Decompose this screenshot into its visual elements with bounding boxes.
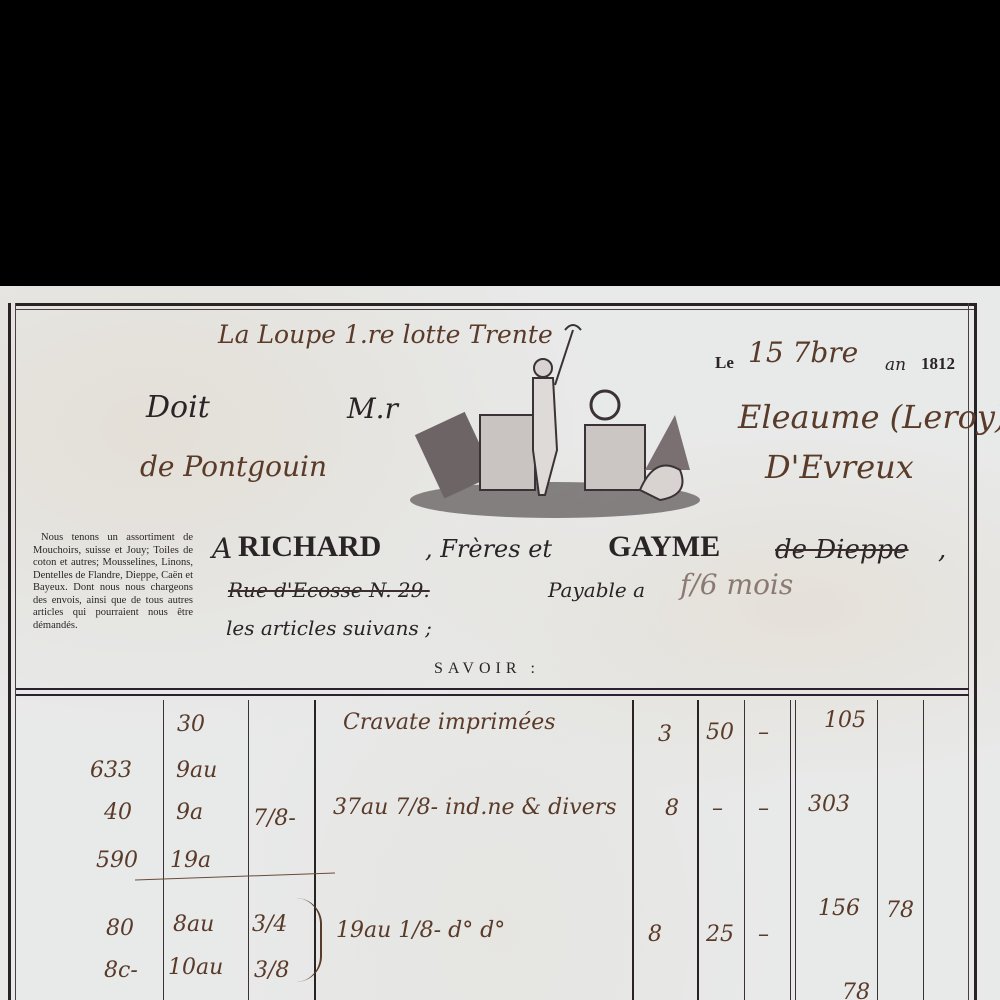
row-width: 7/8-: [253, 806, 296, 831]
row-aunes: 8: [648, 922, 662, 947]
column-rule: [790, 700, 791, 1000]
merchant-comma: ,: [938, 535, 946, 565]
row-total: 303: [808, 792, 850, 817]
row-qty: 8au: [173, 912, 214, 937]
recipient-town: D'Evreux: [765, 448, 914, 486]
doit-label: Doit: [146, 390, 210, 425]
row-price: 25: [706, 922, 734, 947]
merchant-prefix: A: [212, 532, 232, 565]
from-label: de Pontgouin: [140, 450, 327, 483]
savoir-label: SAVOIR :: [434, 660, 540, 678]
row-ref: 633: [90, 758, 132, 783]
payable-terms: f/6 mois: [680, 568, 793, 601]
column-rule: [744, 700, 745, 1000]
row-qty: 9au: [176, 758, 217, 783]
row-total: 105: [824, 708, 866, 733]
frame-rule: [15, 303, 16, 1000]
row-width: 3/4: [252, 912, 287, 937]
row-qty: 10au: [168, 955, 223, 980]
row-ref: 8c-: [104, 958, 138, 983]
row-description: 19au 1/8- d° d°: [336, 918, 505, 943]
bracket-mark: [296, 898, 322, 982]
column-rule: [248, 700, 249, 1000]
recipient-name: Eleaume (Leroy): [738, 398, 1000, 436]
row-total-cents: 78: [886, 898, 914, 923]
mr-label: M.r: [347, 392, 398, 425]
merchant-address: Rue d'Ecosse N. 29.: [228, 578, 430, 602]
black-scan-border: [0, 0, 1000, 286]
row-qty: 9a: [176, 800, 203, 825]
payable-label: Payable a: [548, 578, 645, 602]
column-rule: [163, 700, 164, 1000]
merchant-name: RICHARD: [238, 530, 381, 564]
row-ref: 80: [106, 916, 134, 941]
column-rule: [632, 700, 634, 1000]
date-day-month: 15 7bre: [748, 336, 858, 369]
row-ref: 40: [104, 800, 132, 825]
column-rule: [697, 700, 699, 1000]
row-cents: –: [758, 720, 769, 745]
advertisement-text: Nous tenons un assortiment de Mouchoirs,…: [33, 532, 193, 632]
year: 1812: [921, 354, 955, 374]
column-rule: [795, 700, 796, 1000]
row-aunes: 3: [658, 722, 672, 747]
merchant-mid: , Frères et: [425, 535, 552, 563]
row-cents: –: [758, 796, 769, 821]
row-width: 3/8: [254, 958, 289, 983]
merchant-partner: GAYME: [608, 530, 720, 564]
articles-line: les articles suivans ;: [226, 616, 432, 640]
frame-rule: [16, 309, 974, 310]
frame-rule: [8, 303, 11, 1000]
row-ref: 590: [96, 848, 138, 873]
column-rule: [877, 700, 878, 1000]
row-description: 37au 7/8- ind.ne & divers: [333, 795, 617, 820]
table-header-rule: [16, 694, 969, 696]
year-prefix: an: [885, 355, 906, 375]
row-qty: 19a: [170, 848, 211, 873]
row-aunes: 8: [665, 796, 679, 821]
merchant-city: de Dieppe: [775, 535, 909, 565]
column-rule: [923, 700, 924, 1000]
row-description: Cravate imprimées: [343, 710, 556, 735]
row-cents: –: [758, 922, 769, 947]
row-total: 78: [842, 980, 870, 1000]
table-header-rule: [16, 688, 969, 690]
date-prefix: Le: [715, 353, 734, 373]
row-price: –: [712, 796, 723, 821]
frame-rule: [16, 303, 976, 306]
row-total: 156: [818, 896, 860, 921]
row-qty: 30: [177, 712, 205, 737]
row-price: 50: [706, 720, 734, 745]
mercury-engraving-illustration: [405, 320, 705, 525]
